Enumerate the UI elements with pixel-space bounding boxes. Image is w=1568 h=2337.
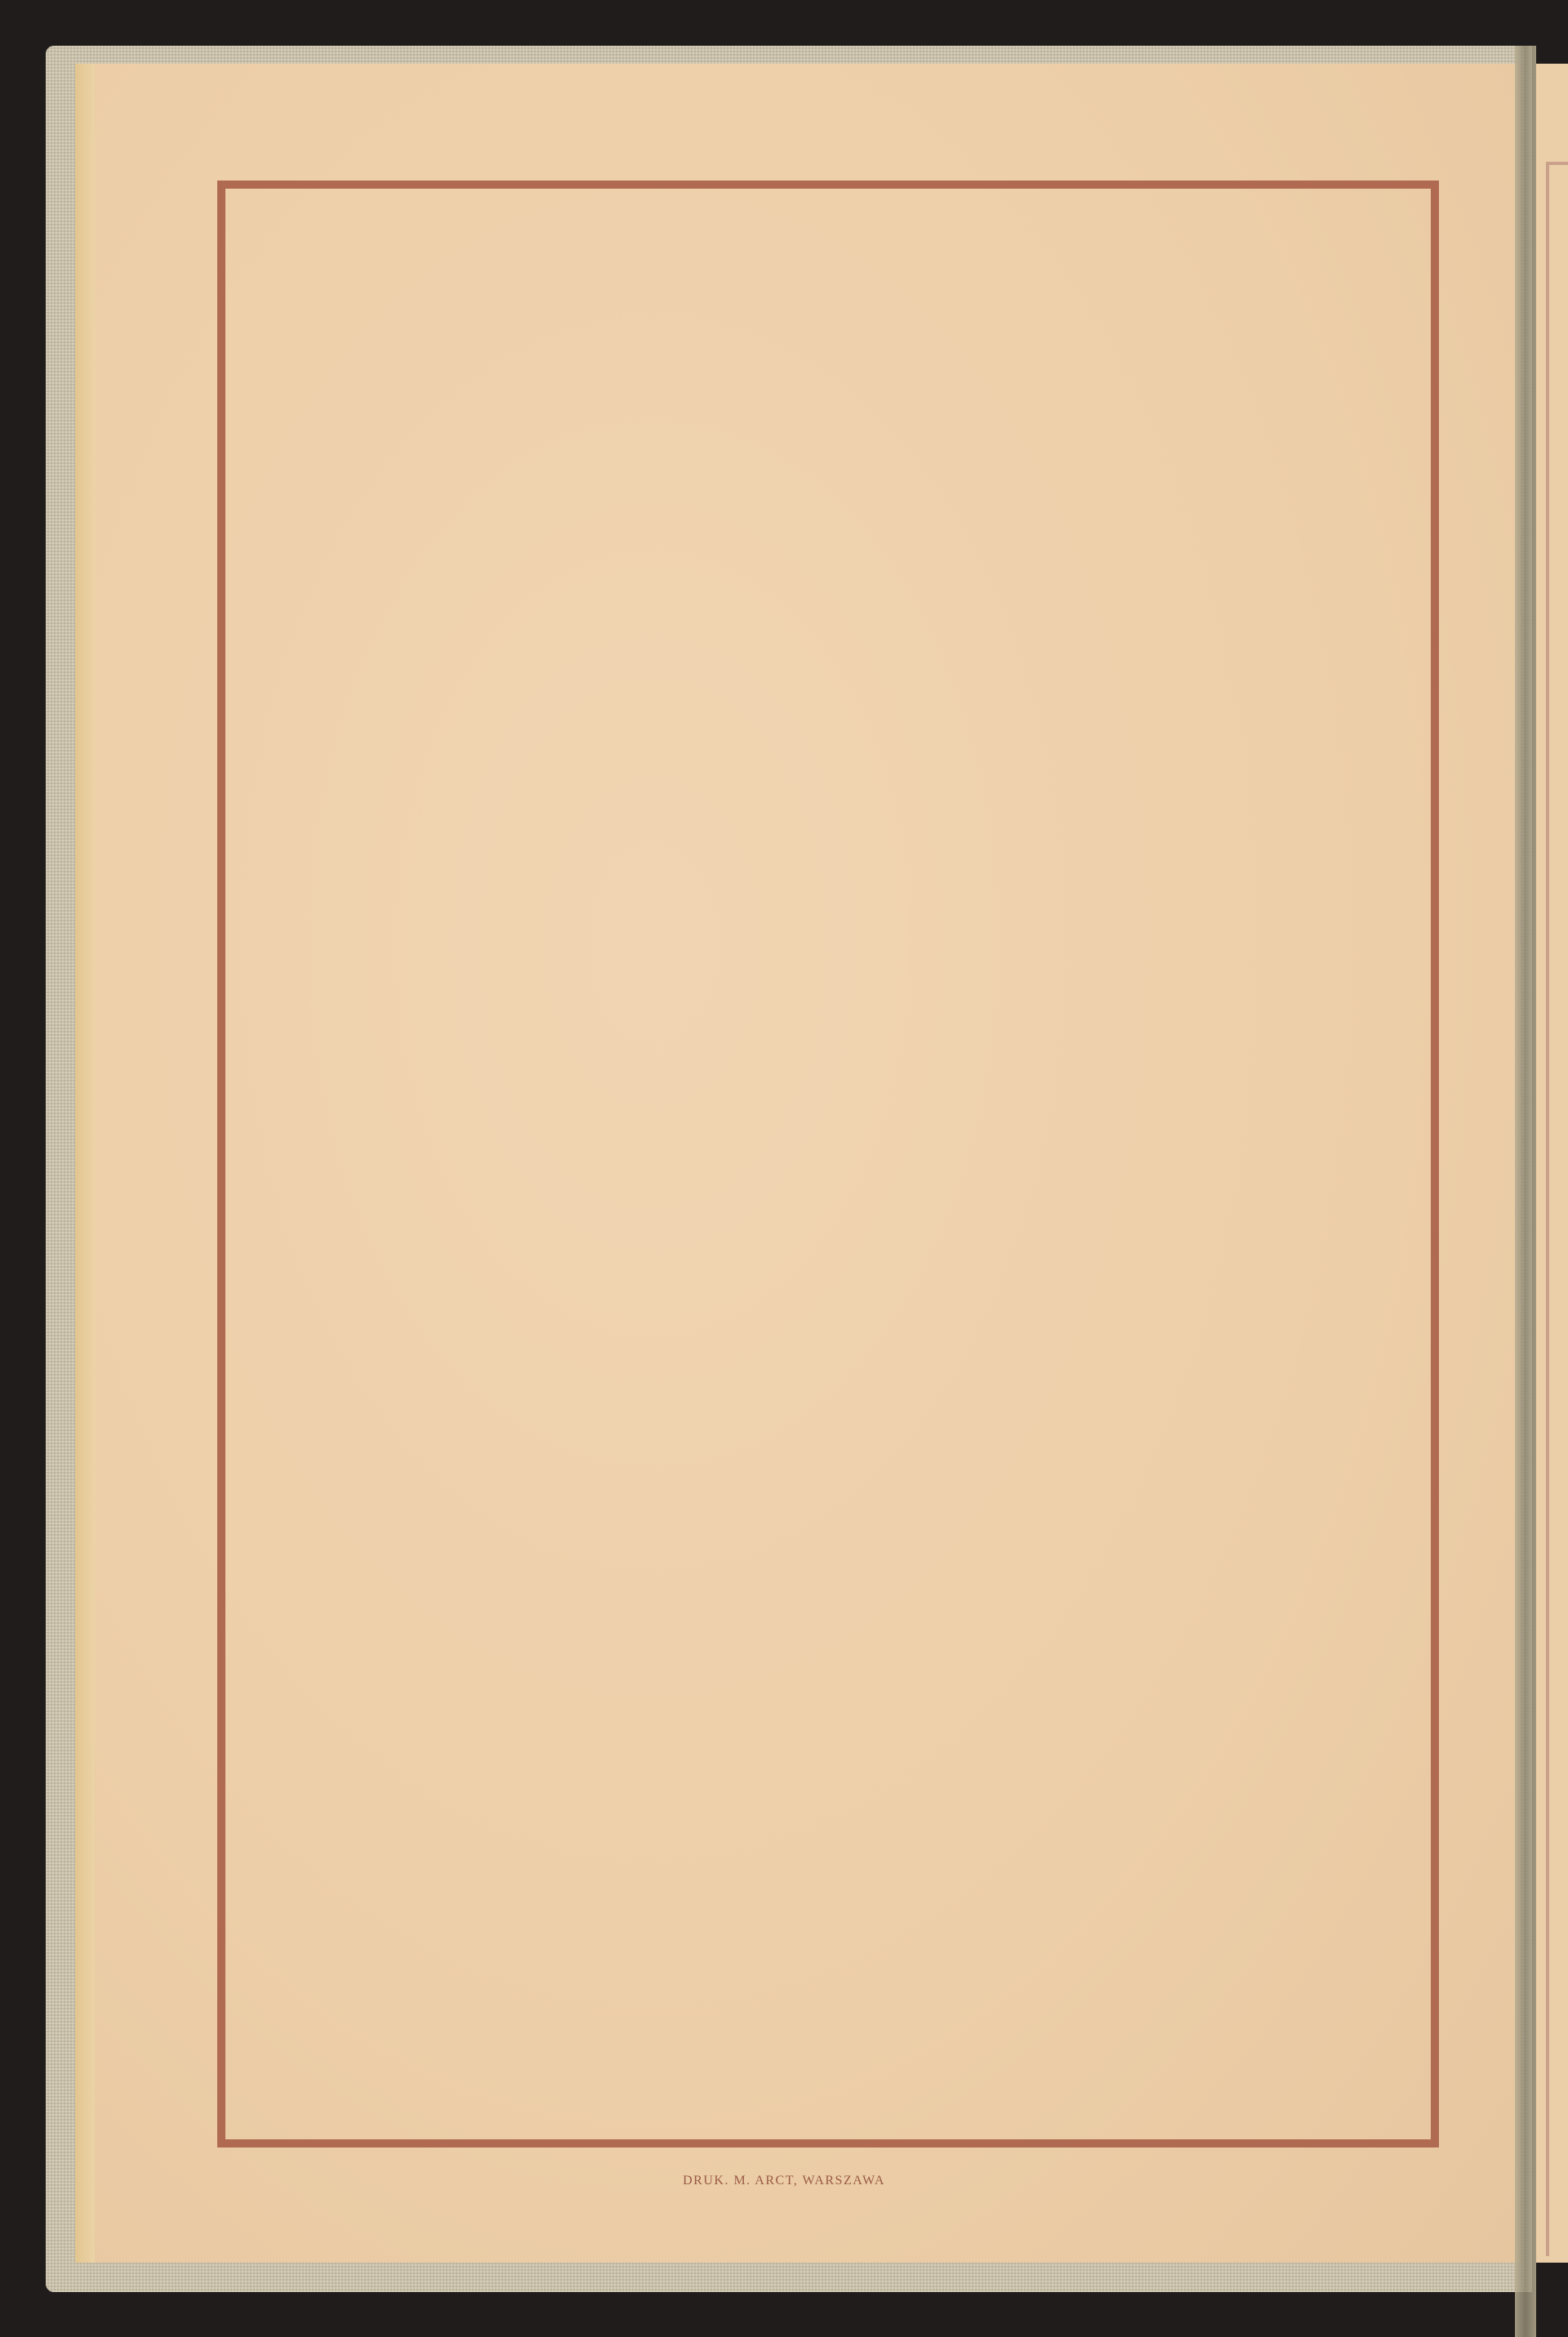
page-edge-shadow [75,64,95,2263]
adjacent-page-edge [1536,64,1568,2263]
printer-imprint: DRUK. M. ARCT, WARSZAWA [0,2174,1568,2188]
printed-border-frame [217,181,1439,2147]
book-gutter [1515,46,1536,2337]
adjacent-page-frame [1546,162,1568,2256]
